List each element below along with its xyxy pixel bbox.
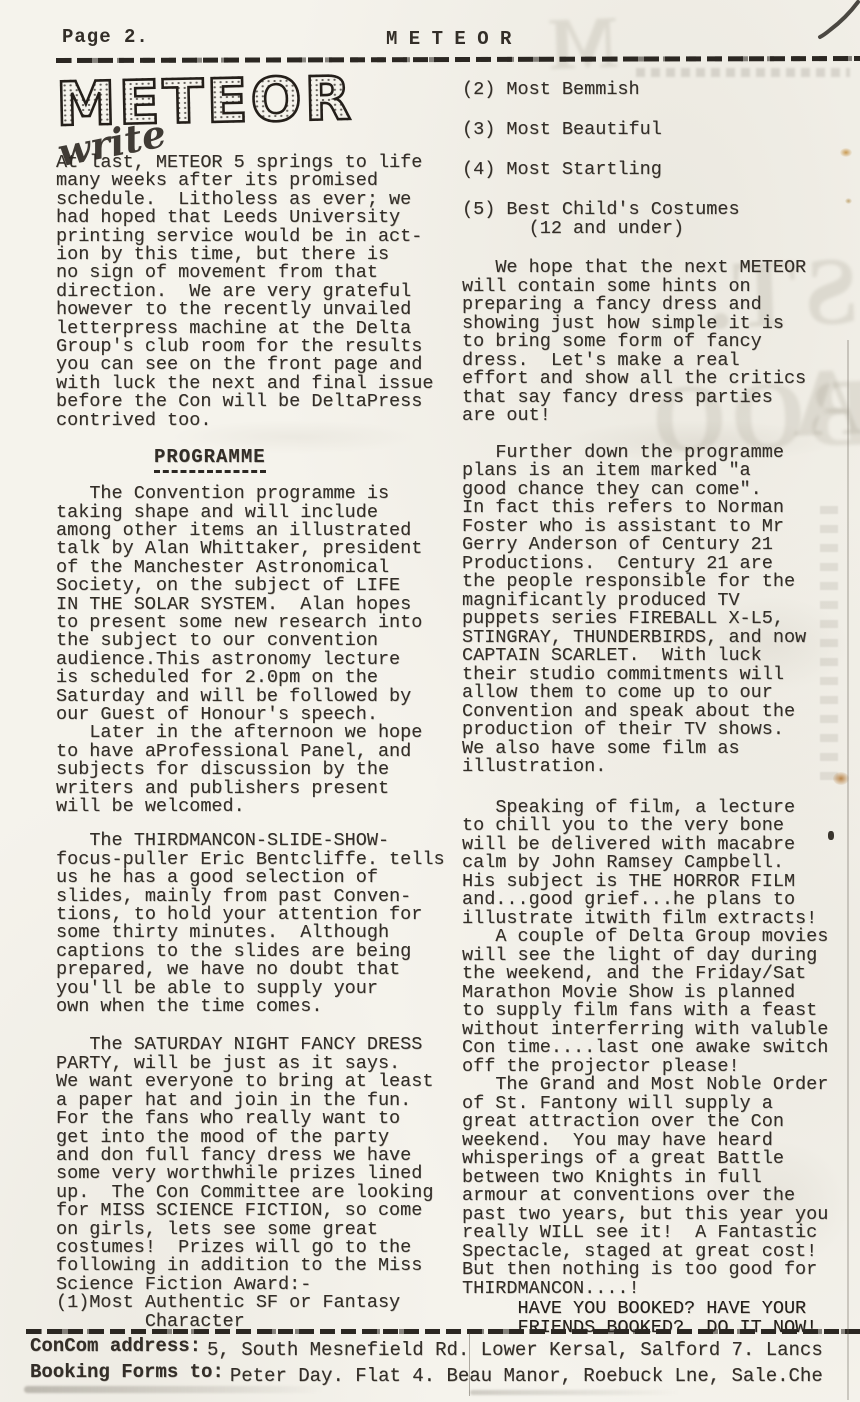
scan-smear bbox=[24, 1386, 324, 1393]
scanned-fanzine-page: M ST. A BOO Page 2. M E T E O R METEORwr… bbox=[0, 0, 860, 1402]
programme-paragraph: The Convention programme is taking shape… bbox=[56, 485, 462, 816]
right-column: (2) Most Bemmish (3) Most Beautiful (4) … bbox=[462, 80, 860, 1337]
bleedthrough-masthead-fragment: M bbox=[547, 1, 620, 88]
concom-address-label: ConCom address: bbox=[30, 1335, 201, 1357]
award-list-item-3: (3) Most Beautiful bbox=[462, 120, 860, 139]
fancy-dress-paragraph: The SATURDAY NIGHT FANCY DRESS PARTY, wi… bbox=[56, 1036, 462, 1331]
award-list-item-4: (4) Most Startling bbox=[462, 160, 860, 179]
century21-paragraph: Further down the programme plans is an i… bbox=[462, 444, 860, 777]
pen-mark bbox=[796, 0, 860, 52]
award-list-item-5: (5) Best Child's Costumes (12 and under) bbox=[462, 200, 860, 238]
footer-concom-line: ConCom address:5, South Mesnefield Rd. L… bbox=[30, 1335, 823, 1357]
editorial-intro-paragraph: At last, METEOR 5 springs to life many w… bbox=[56, 154, 462, 430]
paper-crease bbox=[469, 1332, 470, 1396]
footer-rule bbox=[26, 1329, 860, 1334]
header-rule bbox=[56, 56, 860, 63]
page-number: Page 2. bbox=[62, 26, 149, 48]
fancy-dress-hints-paragraph: We hope that the next METEOR will contai… bbox=[462, 259, 860, 426]
slide-show-paragraph: The THIRDMANCON-SLIDE-SHOW- focus-puller… bbox=[56, 832, 462, 1016]
concom-address-value: 5, South Mesnefield Rd. Lower Kersal, Sa… bbox=[207, 1339, 823, 1361]
meteor-logo: METEORwrite bbox=[56, 70, 462, 148]
award-list-item-2: (2) Most Bemmish bbox=[462, 80, 860, 99]
film-and-stfantony-paragraph: Speaking of film, a lecture to chill you… bbox=[462, 799, 860, 1299]
left-column: METEORwrite At last, METEOR 5 springs to… bbox=[56, 70, 462, 1331]
footer-booking-line: Booking Forms to:Peter Day. Flat 4. Beau… bbox=[30, 1361, 823, 1383]
booking-forms-value: Peter Day. Flat 4. Beau Manor, Roebuck L… bbox=[230, 1365, 823, 1387]
booking-forms-label: Booking Forms to: bbox=[30, 1361, 224, 1383]
scan-edge-line bbox=[847, 340, 849, 1400]
programme-heading: PROGRAMME bbox=[154, 446, 266, 473]
bleedthrough-smudge-line bbox=[636, 68, 850, 77]
masthead-title: M E T E O R bbox=[386, 28, 511, 50]
scan-smear bbox=[470, 1390, 680, 1395]
